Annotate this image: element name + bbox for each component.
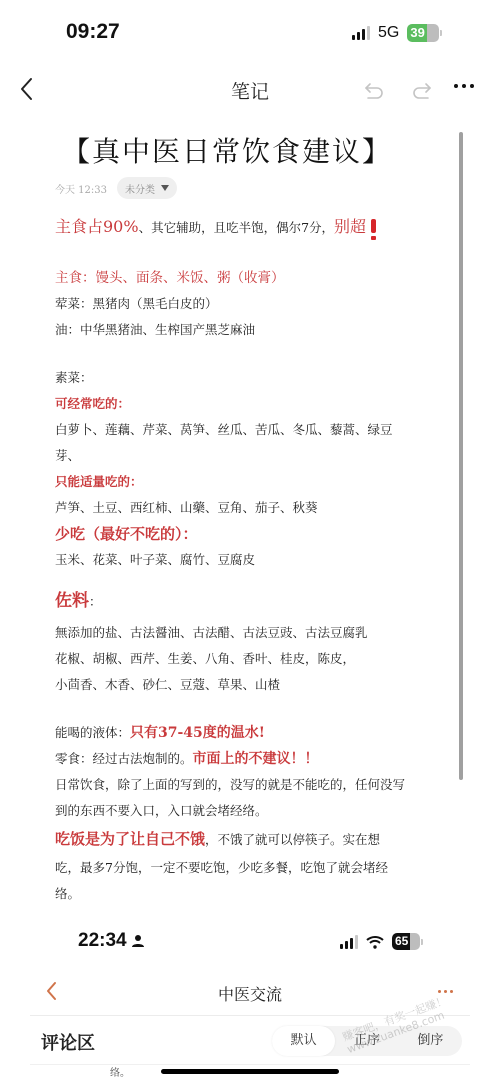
summary-warning: 别超 xyxy=(334,217,366,236)
caret-down-icon xyxy=(161,185,169,191)
more-horizontal-icon xyxy=(454,84,458,88)
outer-status-time: 22:34 xyxy=(78,930,127,952)
snack-line: 零食：经过古法炮制的。市面上的不建议！！ xyxy=(55,746,455,772)
snack-warning: 市面上的不建议！！ xyxy=(193,751,319,767)
seasoning-line-3: 小茴香、木香、砂仁、豆蔻、草果、山楂 xyxy=(55,672,455,698)
status-indicators: 5G 39 xyxy=(352,24,442,42)
moderate-items: 芦笋、土豆、西红柿、山藥、豆角、茄子、秋葵 xyxy=(55,495,455,521)
wifi-icon xyxy=(366,935,384,949)
forum-title: 中医交流 xyxy=(30,982,470,1005)
battery-tip xyxy=(421,939,423,945)
battery-icon: 65 xyxy=(392,933,423,950)
undo-icon xyxy=(362,76,388,102)
seasoning-heading-line: 佐料： xyxy=(55,583,455,620)
sort-descending[interactable]: 倒序 xyxy=(399,1026,462,1056)
cellular-signal-icon xyxy=(352,26,370,40)
sort-ascending[interactable]: 正序 xyxy=(335,1026,398,1056)
meat-line: 荤菜：黑猪肉（黑毛白皮的） xyxy=(55,291,455,317)
status-time: 09:27 xyxy=(66,20,120,44)
sort-segmented-control: 默认 正序 倒序 xyxy=(272,1026,462,1056)
note-date: 今天 12:33 xyxy=(55,181,107,196)
seasoning-colon: ： xyxy=(89,594,102,609)
battery-level: 39 xyxy=(407,24,439,42)
seasoning-heading: 佐料 xyxy=(55,591,89,611)
note-meta: 今天 12:33 未分类 xyxy=(55,174,455,202)
more-horizontal-icon xyxy=(438,990,441,993)
liquid-label: 能喝的液体： xyxy=(55,725,130,740)
status-bar: 09:27 5G 39 xyxy=(0,0,500,64)
battery-level: 65 xyxy=(392,933,420,950)
redo-button[interactable] xyxy=(408,76,434,102)
often-items-cont: 芽、 xyxy=(55,443,455,469)
outer-status-indicators: 65 xyxy=(340,933,423,950)
comments-header: 评论区 默认 正序 倒序 xyxy=(30,1017,470,1065)
liquid-value: 只有37-45度的温水! xyxy=(130,725,265,741)
closing-line-2: 吃，最多7分饱，一定不要吃饱，少吃多餐，吃饱了就会堵经 xyxy=(55,855,455,881)
more-options-button[interactable] xyxy=(454,84,480,110)
exclamation-icon xyxy=(371,219,376,233)
redo-icon xyxy=(408,76,434,102)
battery-icon: 39 xyxy=(407,24,442,42)
rarely-items: 玉米、花菜、叶子菜、腐竹、豆腐皮 xyxy=(55,547,455,573)
undo-button[interactable] xyxy=(362,76,388,102)
note-editor[interactable]: 【真中医日常饮食建议】 今天 12:33 未分类 主食占90%、其它辅助，且吃半… xyxy=(55,130,455,907)
closing-rest: ，不饿了就可以停筷子。实在想 xyxy=(205,832,380,847)
category-label: 未分类 xyxy=(125,181,155,196)
often-heading: 可经常吃的： xyxy=(55,391,455,417)
category-dropdown[interactable]: 未分类 xyxy=(117,177,177,199)
cellular-signal-icon xyxy=(340,935,358,949)
note-title[interactable]: 【真中医日常饮食建议】 xyxy=(62,130,455,174)
staple-line: 主食：馒头、面条、米饭、粥（收膏） xyxy=(55,265,455,291)
moderate-heading: 只能适量吃的： xyxy=(55,469,455,495)
often-items: 白萝卜、莲藕、芹菜、莴笋、丝瓜、苦瓜、冬瓜、藜蒿、绿豆 xyxy=(55,417,455,443)
rarely-heading: 少吃（最好不吃的）： xyxy=(55,521,455,547)
more-dot xyxy=(444,990,447,993)
comments-title: 评论区 xyxy=(41,1029,95,1055)
snack-label: 零食：经过古法炮制的。 xyxy=(55,751,193,766)
summary-line: 主食占90%、其它辅助，且吃半饱，偶尔7分，别超 xyxy=(55,212,455,243)
home-indicator[interactable] xyxy=(161,1069,339,1074)
more-dot xyxy=(462,84,466,88)
closing-line-1: 吃饭是为了让自己不饿，不饿了就可以停筷子。实在想 xyxy=(55,824,455,855)
summary-highlight: 主食占90% xyxy=(55,217,139,236)
veg-heading: 素菜： xyxy=(55,365,455,391)
comment-peek-text: 络。 xyxy=(110,1064,130,1079)
forum-more-button[interactable] xyxy=(438,990,453,993)
battery-tip xyxy=(440,30,442,36)
liquid-line: 能喝的液体：只有37-45度的温水! xyxy=(55,720,455,746)
closing-highlight: 吃饭是为了让自己不饿 xyxy=(55,830,205,848)
oil-line: 油：中华黑猪油、生榨国产黑芝麻油 xyxy=(55,317,455,343)
network-type: 5G xyxy=(378,24,399,42)
seasoning-line-1: 無添加的盐、古法醤油、古法醋、古法豆豉、古法豆腐乳 xyxy=(55,620,455,646)
summary-text: 、其它辅助，且吃半饱，偶尔7分， xyxy=(139,220,334,235)
more-dot xyxy=(470,84,474,88)
closing-line-3: 络。 xyxy=(55,881,455,907)
sort-default[interactable]: 默认 xyxy=(272,1026,335,1056)
person-icon xyxy=(131,934,145,948)
scrollbar[interactable] xyxy=(459,132,463,780)
forum-nav-bar: 中医交流 xyxy=(30,966,470,1016)
notes-nav-bar: 笔记 xyxy=(0,64,500,114)
outer-status-bar: 22:34 65 xyxy=(0,918,500,966)
daily-line-2: 到的东西不要入口，入口就会堵经络。 xyxy=(55,798,455,824)
more-dot xyxy=(450,990,453,993)
seasoning-line-2: 花椒、胡椒、西芹、生姜、八角、香叶、桂皮，陈皮， xyxy=(55,646,455,672)
daily-line-1: 日常饮食，除了上面的写到的，没写的就是不能吃的，任何没写 xyxy=(55,772,455,798)
